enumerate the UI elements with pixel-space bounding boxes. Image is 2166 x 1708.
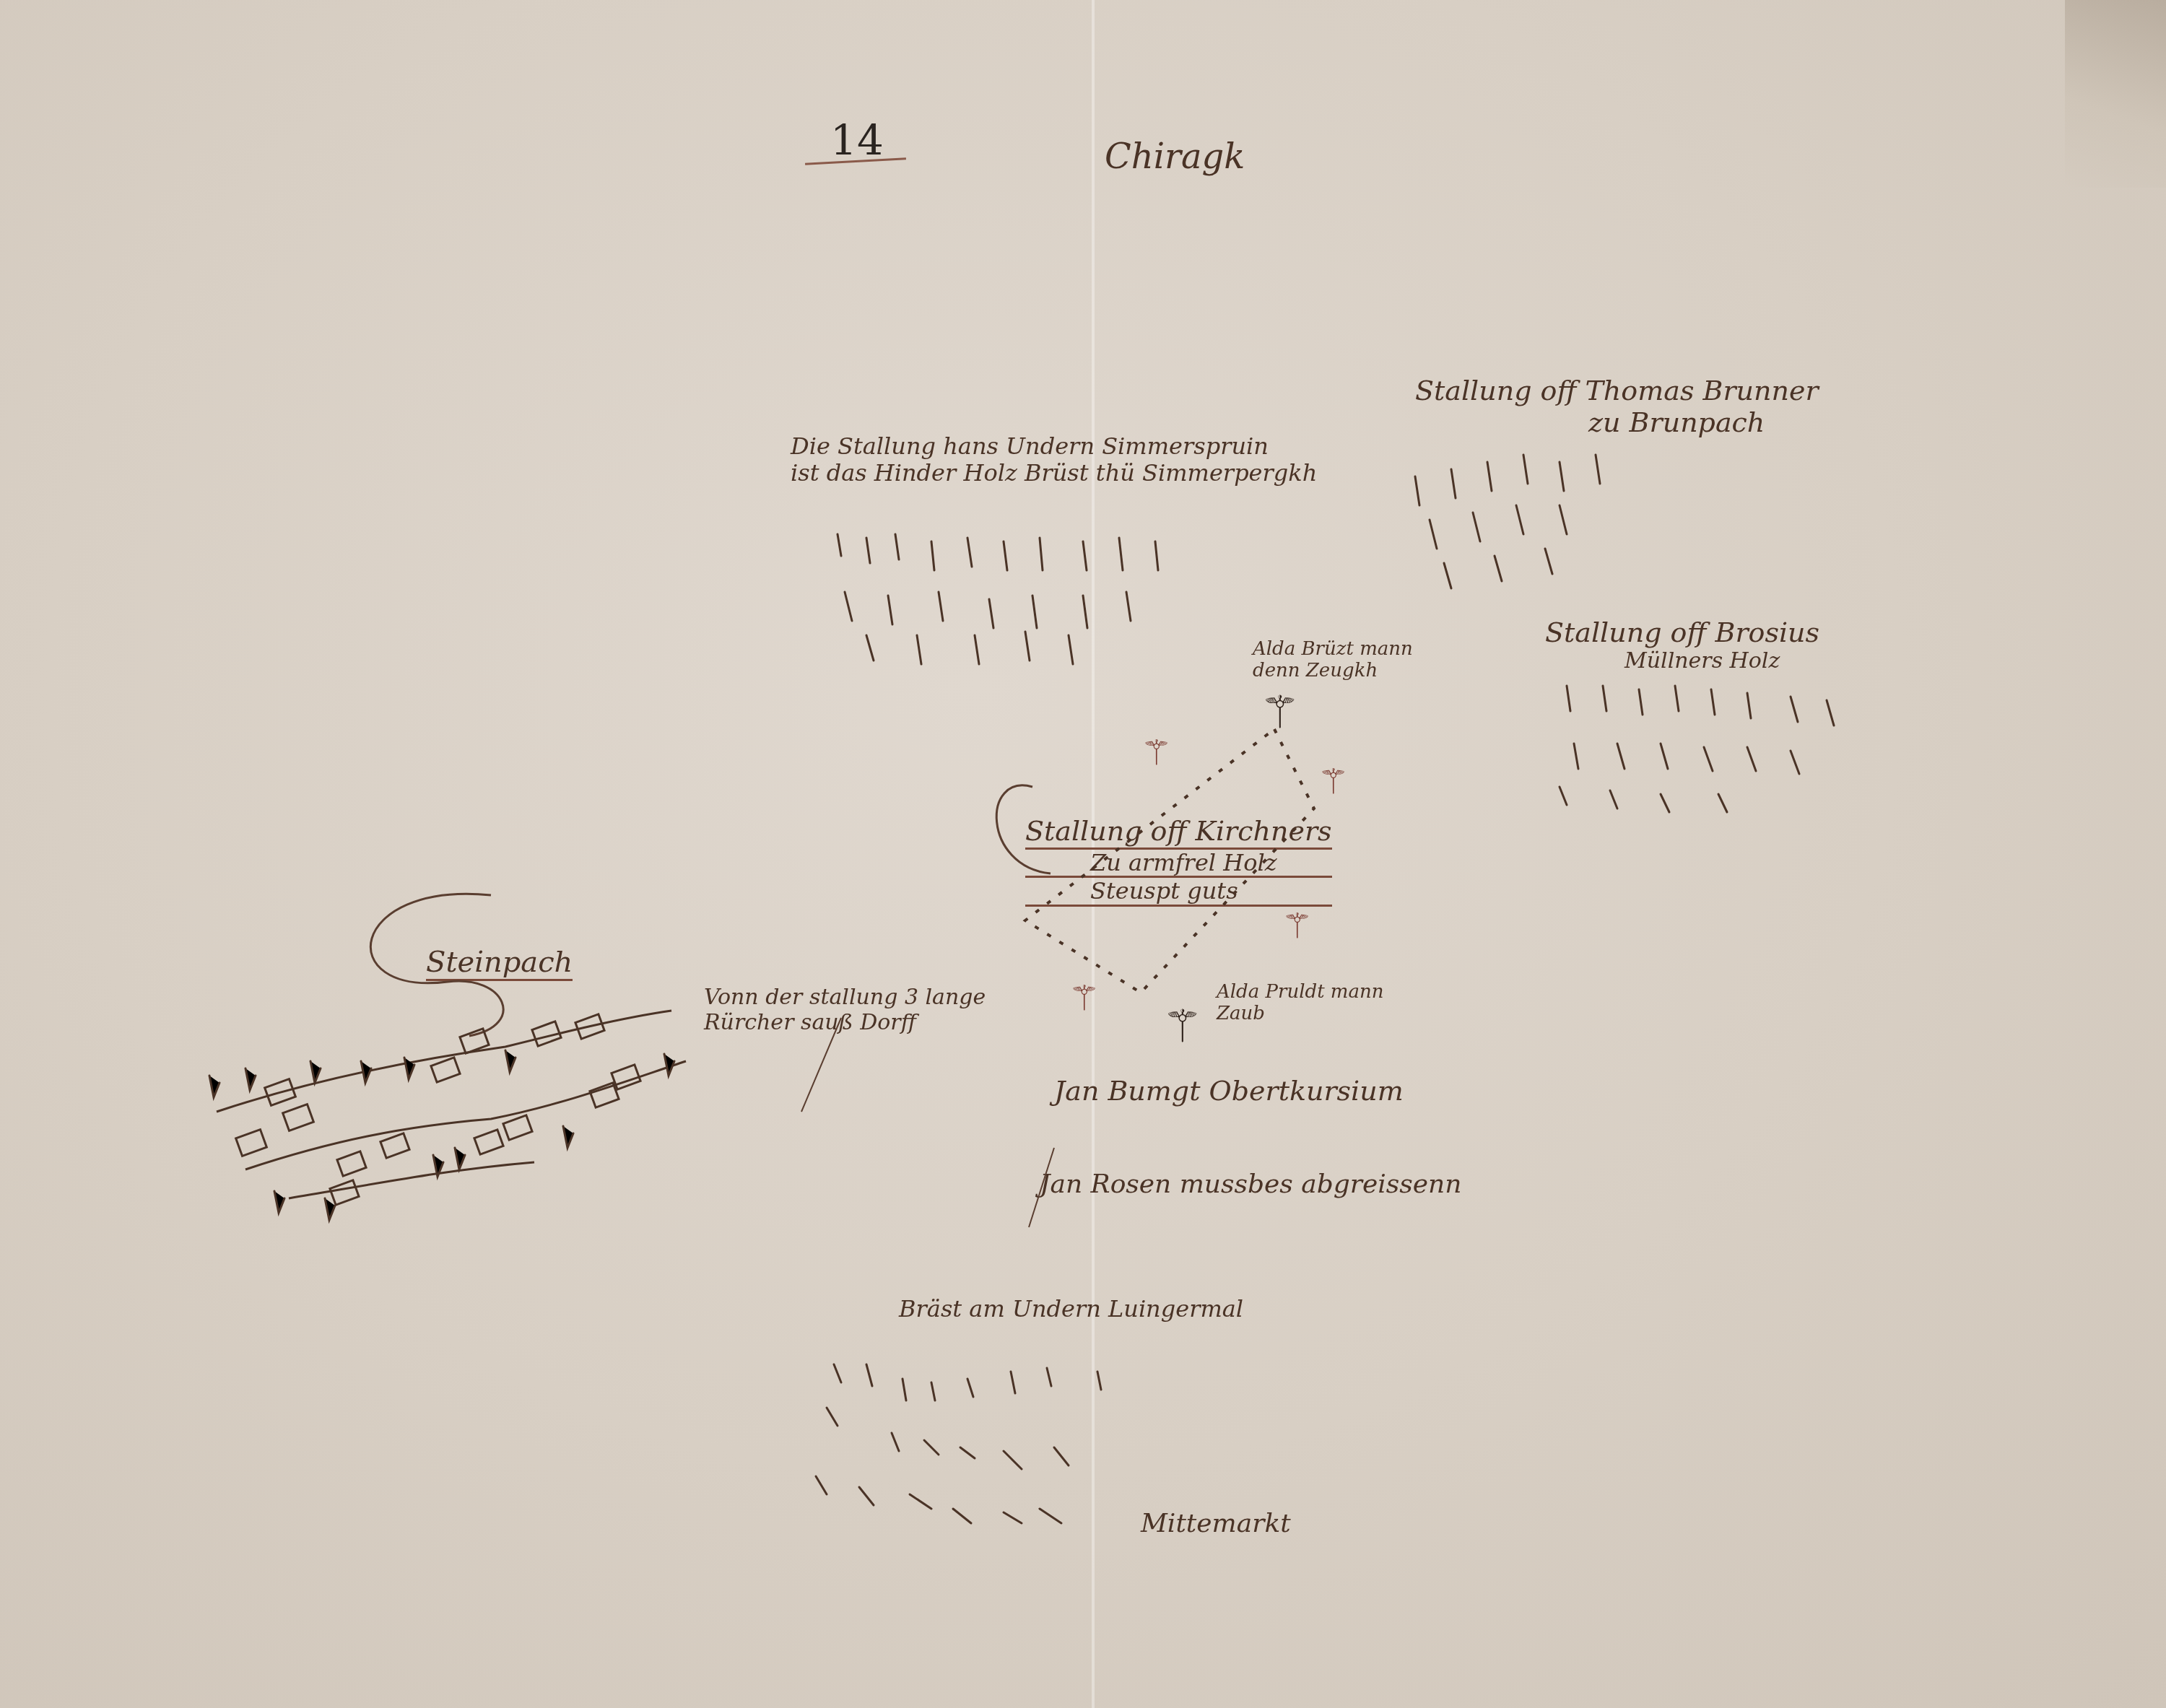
forest-hatching-e xyxy=(1560,686,1834,812)
dotted-boundary xyxy=(1025,729,1314,993)
village-trees xyxy=(209,1050,674,1220)
forest-hatching-nw xyxy=(838,534,1158,664)
pen-stroke xyxy=(1029,1148,1054,1227)
pen-stroke xyxy=(801,1018,841,1112)
flourish-s-village xyxy=(370,894,503,1036)
forest-hatching-south xyxy=(816,1364,1101,1523)
forest-hatching-ne xyxy=(1415,455,1600,588)
flourish-s-center xyxy=(996,785,1051,873)
village-houses xyxy=(217,1011,686,1205)
map-drawing-layer xyxy=(0,0,2166,1708)
manuscript-sheet: 14 Chiragk Die Stallung hans Undern Simm… xyxy=(0,0,2166,1708)
